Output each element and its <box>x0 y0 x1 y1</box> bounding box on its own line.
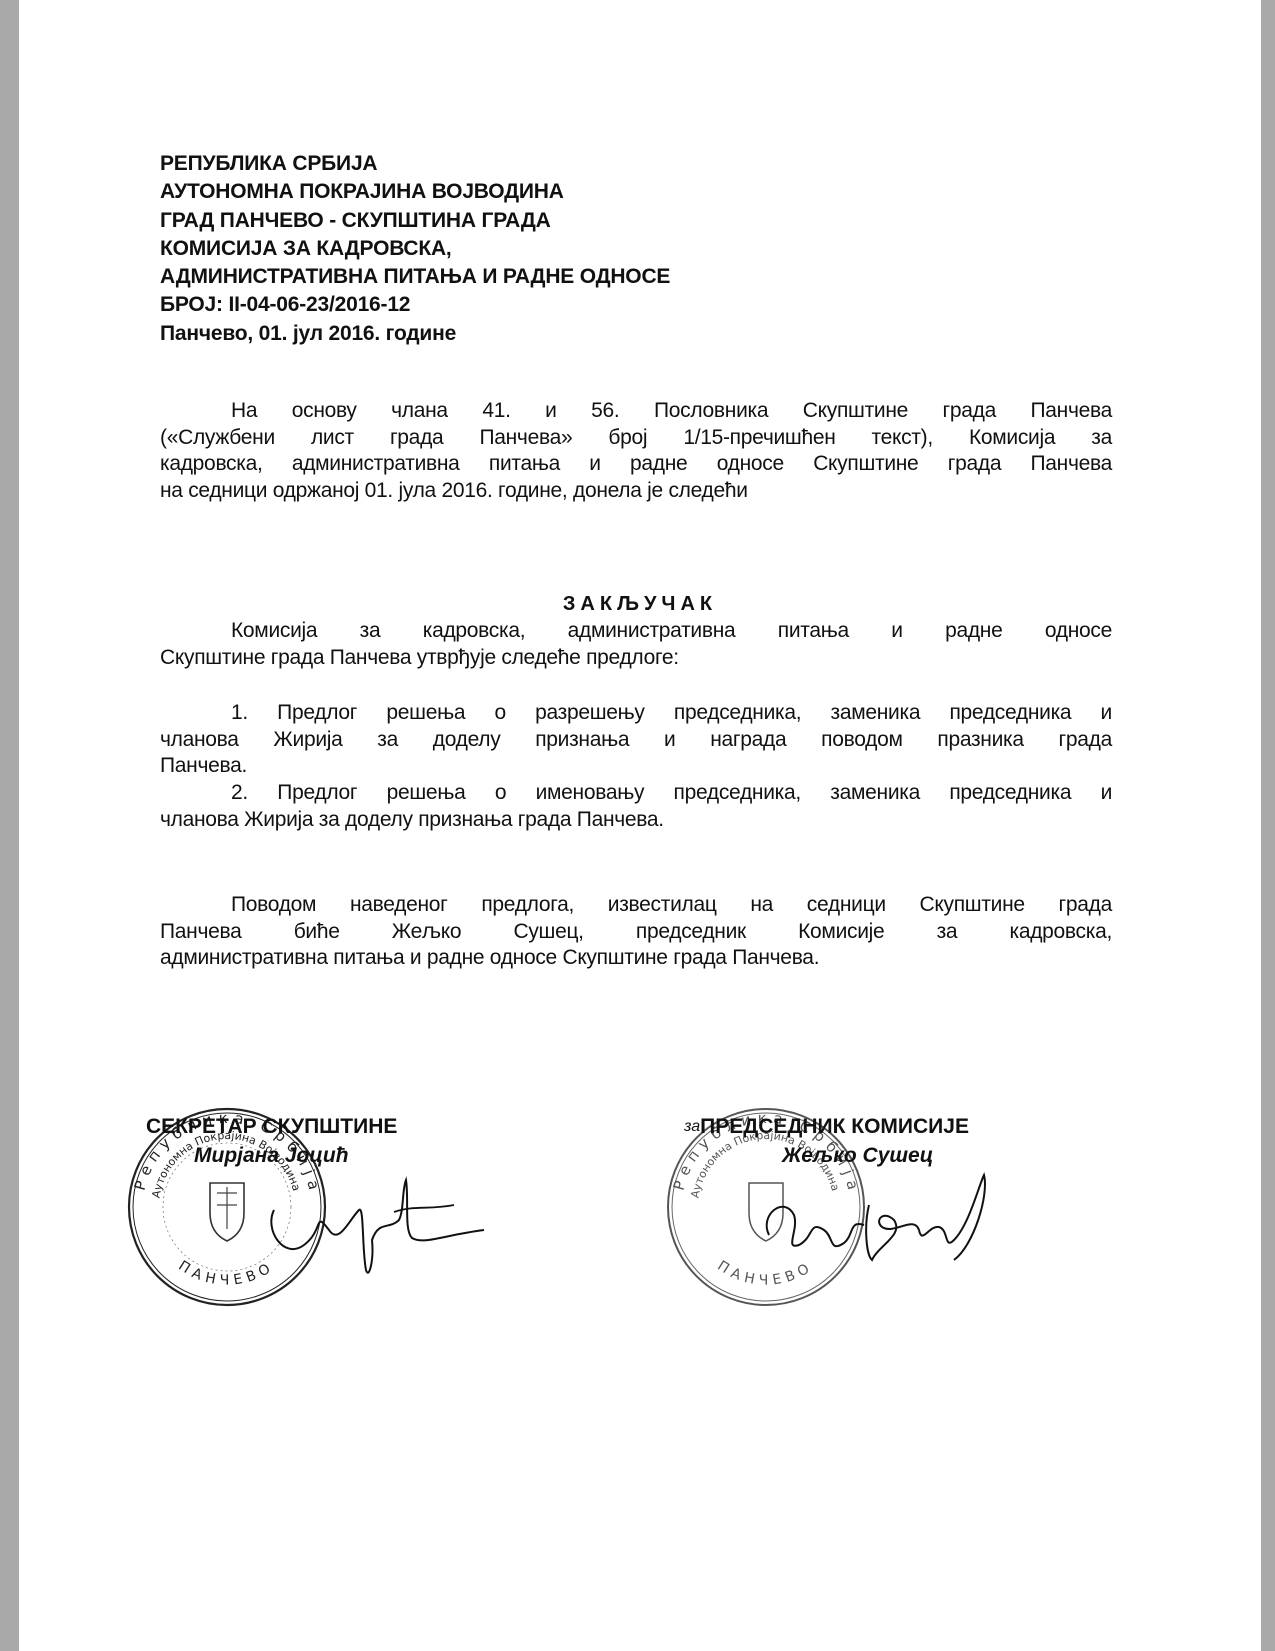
header-country: РЕПУБЛИКА СРБИЈА <box>160 150 670 178</box>
document-page: РЕПУБЛИКА СРБИЈА АУТОНОМНА ПОКРАЈИНА ВОЈ… <box>19 0 1261 1651</box>
closing-paragraph: Поводом наведеног предлога, известилац н… <box>160 892 1112 972</box>
proposal-item-1: 1. Предлог решења о разрешењу председник… <box>160 700 1112 780</box>
secretary-role: СЕКРЕТАР СКУПШТИНЕ <box>146 1112 397 1141</box>
header-place-date: Панчево, 01. јул 2016. године <box>160 320 670 348</box>
intro-paragraph: Комисија за кадровска, административна п… <box>160 618 1112 671</box>
header-city-assembly: ГРАД ПАНЧЕВО - СКУПШТИНА ГРАДА <box>160 207 670 235</box>
document-title: ЗАКЉУЧАК <box>19 593 1261 616</box>
document-header: РЕПУБЛИКА СРБИЈА АУТОНОМНА ПОКРАЈИНА ВОЈ… <box>160 150 670 348</box>
header-commission-cont: АДМИНИСТРАТИВНА ПИТАЊА И РАДНЕ ОДНОСЕ <box>160 263 670 291</box>
proposal-item-2: 2. Предлог решења о именовању председник… <box>160 780 1112 833</box>
header-reference-number: БРОЈ: II-04-06-23/2016-12 <box>160 291 670 319</box>
on-behalf-prefix: за <box>684 1118 700 1135</box>
header-province: АУТОНОМНА ПОКРАЈИНА ВОЈВОДИНА <box>160 178 670 206</box>
signature-block-right: заПРЕДСЕДНИК КОМИСИЈЕ Жељко Сушец <box>684 1112 969 1170</box>
handwritten-signature-right <box>754 1165 1004 1275</box>
president-role: ПРЕДСЕДНИК КОМИСИЈЕ <box>700 1115 969 1138</box>
handwritten-signature-left <box>254 1150 494 1280</box>
preamble-paragraph: На основу члана 41. и 56. Пословника Ску… <box>160 398 1112 504</box>
header-commission: КОМИСИЈА ЗА КАДРОВСКА, <box>160 235 670 263</box>
